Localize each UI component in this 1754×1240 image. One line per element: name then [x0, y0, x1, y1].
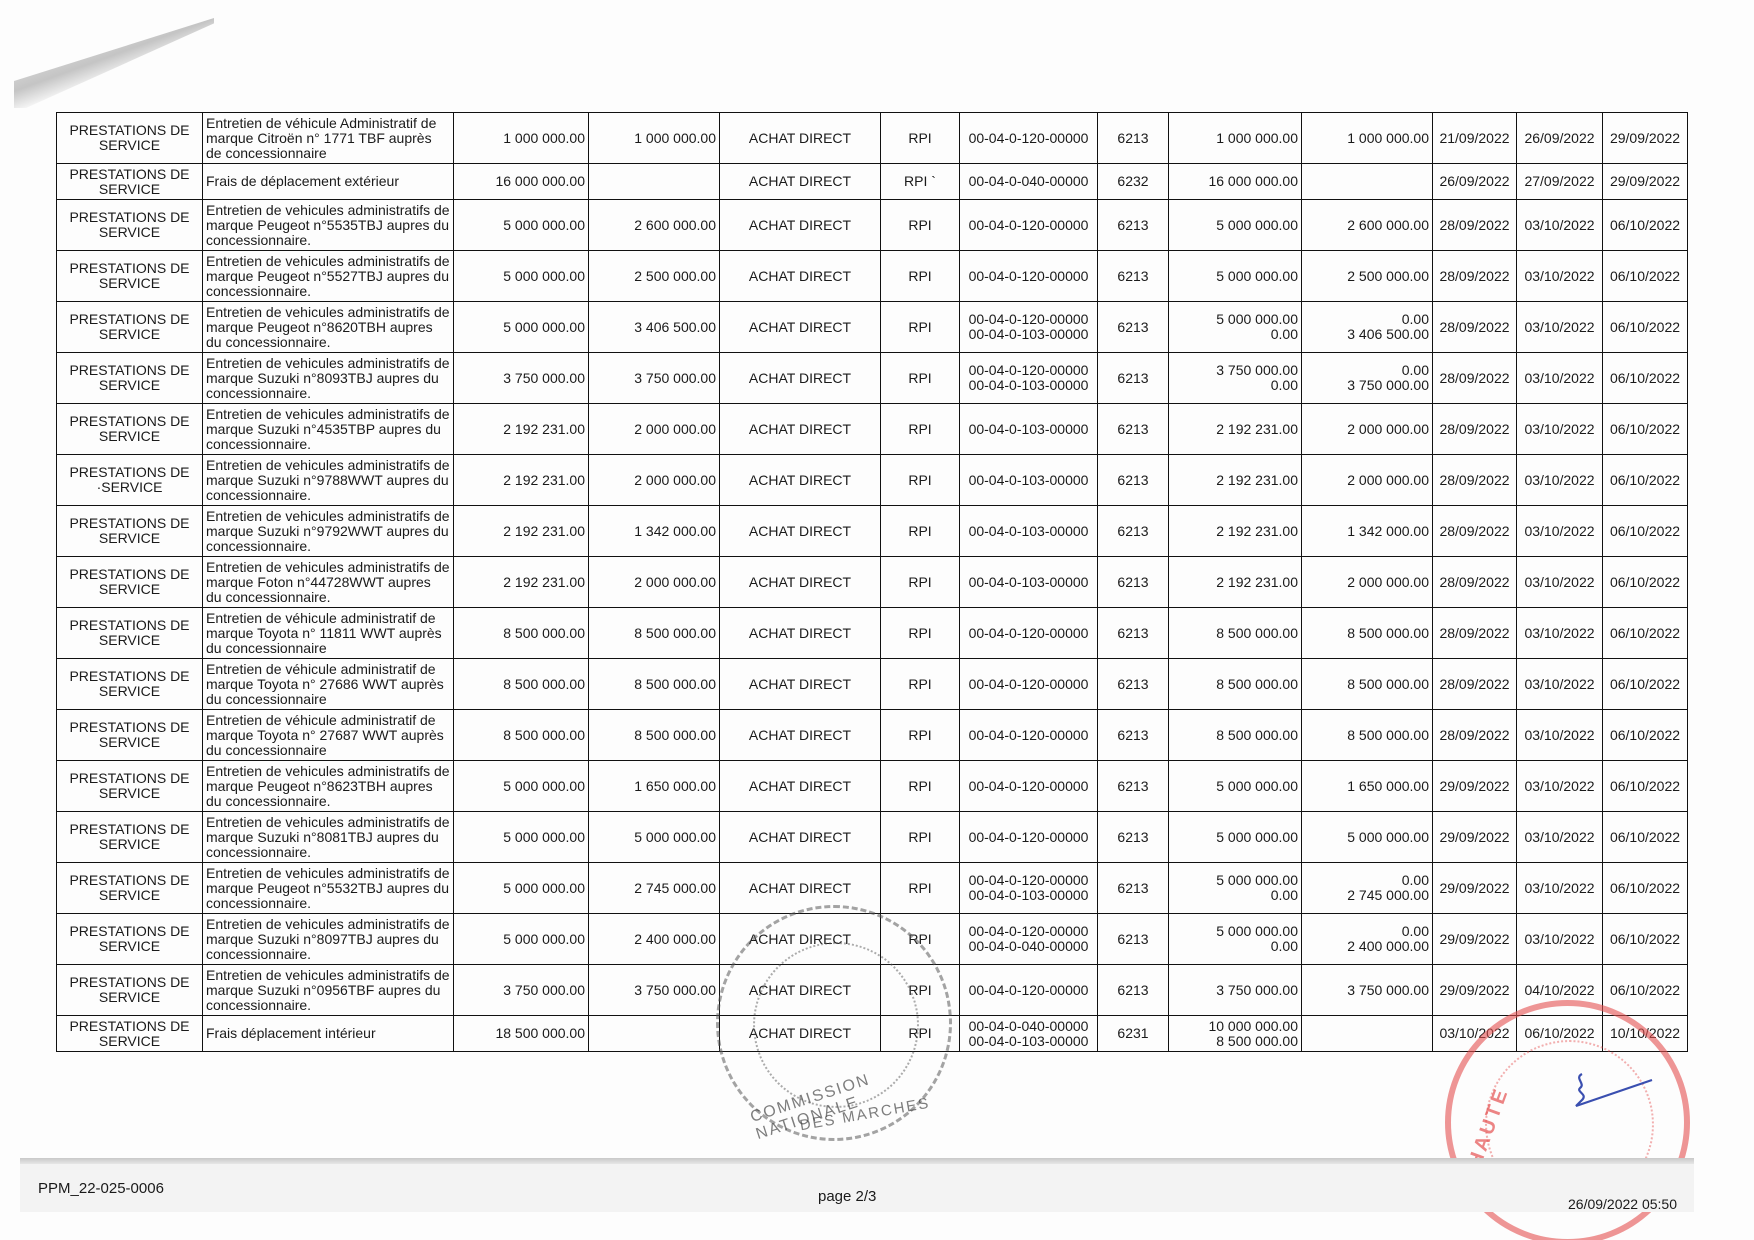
account-code-cell: 6213 — [1098, 302, 1169, 353]
date-signature-cell: 06/10/2022 — [1603, 506, 1688, 557]
allocated-amount-cell: 5 000 000.00 — [1169, 812, 1302, 863]
contract-amount-cell: 1 342 000.00 — [589, 506, 720, 557]
category-cell: PRESTATIONS DE SERVICE — [57, 863, 203, 914]
estimated-amount-cell: 5 000 000.00 — [454, 200, 589, 251]
financing-source-cell: RPI — [881, 761, 960, 812]
category-cell: PRESTATIONS DE SERVICE — [57, 164, 203, 200]
date-launch-cell: 29/09/2022 — [1433, 863, 1517, 914]
procurement-mode-cell: ACHAT DIRECT — [720, 761, 881, 812]
date-launch-cell: 29/09/2022 — [1433, 965, 1517, 1016]
committed-amount-cell: 0.00 2 745 000.00 — [1302, 863, 1433, 914]
date-award-cell: 03/10/2022 — [1517, 761, 1603, 812]
description-cell: Entretien de vehicules administratifs de… — [203, 914, 454, 965]
financing-source-cell: RPI — [881, 863, 960, 914]
date-launch-cell: 28/09/2022 — [1433, 302, 1517, 353]
budget-imputation-cell: 00-04-0-040-00000 00-04-0-103-00000 — [960, 1016, 1098, 1052]
account-code-cell: 6213 — [1098, 863, 1169, 914]
date-launch-cell: 28/09/2022 — [1433, 557, 1517, 608]
committed-amount-cell — [1302, 1016, 1433, 1052]
allocated-amount-cell: 2 192 231.00 — [1169, 557, 1302, 608]
committed-amount-cell: 0.00 3 750 000.00 — [1302, 353, 1433, 404]
budget-imputation-cell: 00-04-0-120-00000 — [960, 965, 1098, 1016]
estimated-amount-cell: 18 500 000.00 — [454, 1016, 589, 1052]
date-signature-cell: 06/10/2022 — [1603, 965, 1688, 1016]
estimated-amount-cell: 5 000 000.00 — [454, 812, 589, 863]
account-code-cell: 6213 — [1098, 965, 1169, 1016]
page-number: page 2/3 — [818, 1188, 876, 1205]
date-launch-cell: 28/09/2022 — [1433, 404, 1517, 455]
account-code-cell: 6213 — [1098, 761, 1169, 812]
date-award-cell: 03/10/2022 — [1517, 251, 1603, 302]
financing-source-cell: RPI — [881, 659, 960, 710]
table-row: PRESTATIONS DE SERVICEEntretien de vehic… — [57, 200, 1688, 251]
date-signature-cell: 06/10/2022 — [1603, 353, 1688, 404]
description-cell: Entretien de vehicules administratifs de… — [203, 965, 454, 1016]
category-cell: PRESTATIONS DE SERVICE — [57, 761, 203, 812]
budget-imputation-cell: 00-04-0-120-00000 00-04-0-103-00000 — [960, 302, 1098, 353]
budget-imputation-cell: 00-04-0-103-00000 — [960, 455, 1098, 506]
budget-imputation-cell: 00-04-0-120-00000 — [960, 761, 1098, 812]
date-launch-cell: 29/09/2022 — [1433, 812, 1517, 863]
account-code-cell: 6213 — [1098, 506, 1169, 557]
description-cell: Entretien de vehicules administratifs de… — [203, 863, 454, 914]
contract-amount-cell: 2 745 000.00 — [589, 863, 720, 914]
date-award-cell: 03/10/2022 — [1517, 353, 1603, 404]
contract-amount-cell: 1 650 000.00 — [589, 761, 720, 812]
procurement-mode-cell: ACHAT DIRECT — [720, 863, 881, 914]
category-cell: PRESTATIONS DE SERVICE — [57, 608, 203, 659]
date-launch-cell: 29/09/2022 — [1433, 914, 1517, 965]
document-reference: PPM_22-025-0006 — [38, 1180, 164, 1197]
date-launch-cell: 28/09/2022 — [1433, 455, 1517, 506]
financing-source-cell: RPI — [881, 200, 960, 251]
table-row: PRESTATIONS DE SERVICEEntretien de véhic… — [57, 608, 1688, 659]
allocated-amount-cell: 2 192 231.00 — [1169, 404, 1302, 455]
estimated-amount-cell: 2 192 231.00 — [454, 557, 589, 608]
date-award-cell: 03/10/2022 — [1517, 557, 1603, 608]
date-award-cell: 27/09/2022 — [1517, 164, 1603, 200]
account-code-cell: 6213 — [1098, 251, 1169, 302]
date-signature-cell: 06/10/2022 — [1603, 404, 1688, 455]
description-cell: Entretien de vehicules administratifs de… — [203, 251, 454, 302]
allocated-amount-cell: 5 000 000.00 — [1169, 200, 1302, 251]
procurement-mode-cell: ACHAT DIRECT — [720, 812, 881, 863]
account-code-cell: 6213 — [1098, 404, 1169, 455]
budget-imputation-cell: 00-04-0-120-00000 00-04-0-103-00000 — [960, 863, 1098, 914]
date-launch-cell: 26/09/2022 — [1433, 164, 1517, 200]
allocated-amount-cell: 1 000 000.00 — [1169, 113, 1302, 164]
date-launch-cell: 28/09/2022 — [1433, 659, 1517, 710]
procurement-mode-cell: ACHAT DIRECT — [720, 302, 881, 353]
contract-amount-cell: 2 500 000.00 — [589, 251, 720, 302]
budget-imputation-cell: 00-04-0-103-00000 — [960, 404, 1098, 455]
financing-source-cell: RPI — [881, 113, 960, 164]
account-code-cell: 6231 — [1098, 1016, 1169, 1052]
category-cell: PRESTATIONS DE SERVICE — [57, 113, 203, 164]
date-launch-cell: 28/09/2022 — [1433, 710, 1517, 761]
table-row: PRESTATIONS DE SERVICEEntretien de vehic… — [57, 353, 1688, 404]
budget-imputation-cell: 00-04-0-040-00000 — [960, 164, 1098, 200]
financing-source-cell: RPI ` — [881, 164, 960, 200]
contract-amount-cell — [589, 1016, 720, 1052]
committed-amount-cell: 0.00 2 400 000.00 — [1302, 914, 1433, 965]
procurement-mode-cell: ACHAT DIRECT — [720, 455, 881, 506]
date-award-cell: 03/10/2022 — [1517, 302, 1603, 353]
description-cell: Frais déplacement intérieur — [203, 1016, 454, 1052]
procurement-mode-cell: ACHAT DIRECT — [720, 710, 881, 761]
date-award-cell: 03/10/2022 — [1517, 914, 1603, 965]
contract-amount-cell: 8 500 000.00 — [589, 608, 720, 659]
description-cell: Entretien de véhicule Administratif de m… — [203, 113, 454, 164]
table-row: PRESTATIONS DE SERVICEEntretien de vehic… — [57, 251, 1688, 302]
contract-amount-cell: 8 500 000.00 — [589, 659, 720, 710]
committed-amount-cell: 8 500 000.00 — [1302, 608, 1433, 659]
account-code-cell: 6213 — [1098, 710, 1169, 761]
category-cell: PRESTATIONS DE SERVICE — [57, 302, 203, 353]
estimated-amount-cell: 3 750 000.00 — [454, 353, 589, 404]
category-cell: PRESTATIONS DE SERVICE — [57, 557, 203, 608]
category-cell: PRESTATIONS DE SERVICE — [57, 200, 203, 251]
table-row: PRESTATIONS DE SERVICEEntretien de véhic… — [57, 659, 1688, 710]
financing-source-cell: RPI — [881, 404, 960, 455]
description-cell: Entretien de vehicules administratifs de… — [203, 812, 454, 863]
budget-imputation-cell: 00-04-0-120-00000 — [960, 608, 1098, 659]
estimated-amount-cell: 2 192 231.00 — [454, 506, 589, 557]
budget-imputation-cell: 00-04-0-120-00000 — [960, 659, 1098, 710]
date-signature-cell: 29/09/2022 — [1603, 113, 1688, 164]
procurement-mode-cell: ACHAT DIRECT — [720, 164, 881, 200]
procurement-mode-cell: ACHAT DIRECT — [720, 506, 881, 557]
contract-amount-cell — [589, 164, 720, 200]
description-cell: Entretien de vehicules administratifs de… — [203, 506, 454, 557]
financing-source-cell: RPI — [881, 251, 960, 302]
table-row: PRESTATIONS DE SERVICEEntretien de vehic… — [57, 812, 1688, 863]
date-award-cell: 03/10/2022 — [1517, 404, 1603, 455]
date-launch-cell: 28/09/2022 — [1433, 353, 1517, 404]
date-signature-cell: 06/10/2022 — [1603, 251, 1688, 302]
procurement-mode-cell: ACHAT DIRECT — [720, 353, 881, 404]
category-cell: PRESTATIONS DE SERVICE — [57, 965, 203, 1016]
account-code-cell: 6213 — [1098, 812, 1169, 863]
description-cell: Entretien de vehicules administratifs de… — [203, 761, 454, 812]
date-signature-cell: 06/10/2022 — [1603, 710, 1688, 761]
estimated-amount-cell: 5 000 000.00 — [454, 761, 589, 812]
table-row: PRESTATIONS DE SERVICEEntretien de vehic… — [57, 557, 1688, 608]
date-launch-cell: 28/09/2022 — [1433, 251, 1517, 302]
budget-imputation-cell: 00-04-0-103-00000 — [960, 557, 1098, 608]
committed-amount-cell: 8 500 000.00 — [1302, 659, 1433, 710]
contract-amount-cell: 2 000 000.00 — [589, 557, 720, 608]
date-signature-cell: 06/10/2022 — [1603, 557, 1688, 608]
date-award-cell: 26/09/2022 — [1517, 113, 1603, 164]
contract-amount-cell: 2 400 000.00 — [589, 914, 720, 965]
date-signature-cell: 06/10/2022 — [1603, 302, 1688, 353]
category-cell: PRESTATIONS DE SERVICE — [57, 353, 203, 404]
date-launch-cell: 28/09/2022 — [1433, 506, 1517, 557]
account-code-cell: 6213 — [1098, 659, 1169, 710]
description-cell: Entretien de vehicules administratifs de… — [203, 455, 454, 506]
allocated-amount-cell: 5 000 000.00 — [1169, 761, 1302, 812]
budget-imputation-cell: 00-04-0-103-00000 — [960, 506, 1098, 557]
procurement-mode-cell: ACHAT DIRECT — [720, 557, 881, 608]
estimated-amount-cell: 3 750 000.00 — [454, 965, 589, 1016]
estimated-amount-cell: 16 000 000.00 — [454, 164, 589, 200]
contract-amount-cell: 1 000 000.00 — [589, 113, 720, 164]
estimated-amount-cell: 1 000 000.00 — [454, 113, 589, 164]
contract-amount-cell: 2 000 000.00 — [589, 455, 720, 506]
description-cell: Entretien de véhicule administratif de m… — [203, 608, 454, 659]
account-code-cell: 6213 — [1098, 113, 1169, 164]
account-code-cell: 6213 — [1098, 353, 1169, 404]
contract-amount-cell: 3 406 500.00 — [589, 302, 720, 353]
contract-amount-cell: 8 500 000.00 — [589, 710, 720, 761]
financing-source-cell: RPI — [881, 608, 960, 659]
table-row: PRESTATIONS DE SERVICEFrais de déplaceme… — [57, 164, 1688, 200]
estimated-amount-cell: 8 500 000.00 — [454, 659, 589, 710]
account-code-cell: 6213 — [1098, 557, 1169, 608]
print-timestamp: 26/09/2022 05:50 — [1568, 1196, 1677, 1212]
description-cell: Entretien de vehicules administratifs de… — [203, 353, 454, 404]
contract-amount-cell: 5 000 000.00 — [589, 812, 720, 863]
date-signature-cell: 06/10/2022 — [1603, 761, 1688, 812]
budget-imputation-cell: 00-04-0-120-00000 — [960, 710, 1098, 761]
allocated-amount-cell: 8 500 000.00 — [1169, 659, 1302, 710]
estimated-amount-cell: 5 000 000.00 — [454, 914, 589, 965]
allocated-amount-cell: 10 000 000.00 8 500 000.00 — [1169, 1016, 1302, 1052]
description-cell: Entretien de vehicules administratifs de… — [203, 200, 454, 251]
table-row: PRESTATIONS DE SERVICEEntretien de vehic… — [57, 506, 1688, 557]
category-cell: PRESTATIONS DE SERVICE — [57, 659, 203, 710]
contract-amount-cell: 3 750 000.00 — [589, 965, 720, 1016]
table-row: PRESTATIONS DE SERVICEEntretien de vehic… — [57, 302, 1688, 353]
description-cell: Frais de déplacement extérieur — [203, 164, 454, 200]
estimated-amount-cell: 5 000 000.00 — [454, 251, 589, 302]
committed-amount-cell: 2 000 000.00 — [1302, 455, 1433, 506]
scan-corner-fold — [14, 18, 214, 108]
contract-amount-cell: 3 750 000.00 — [589, 353, 720, 404]
table-row: PRESTATIONS DE SERVICEEntretien de vehic… — [57, 404, 1688, 455]
date-signature-cell: 06/10/2022 — [1603, 812, 1688, 863]
committed-amount-cell: 1 000 000.00 — [1302, 113, 1433, 164]
committed-amount-cell: 8 500 000.00 — [1302, 710, 1433, 761]
allocated-amount-cell: 2 192 231.00 — [1169, 506, 1302, 557]
date-signature-cell: 06/10/2022 — [1603, 455, 1688, 506]
allocated-amount-cell: 5 000 000.00 0.00 — [1169, 914, 1302, 965]
committed-amount-cell: 2 600 000.00 — [1302, 200, 1433, 251]
date-signature-cell: 06/10/2022 — [1603, 200, 1688, 251]
account-code-cell: 6232 — [1098, 164, 1169, 200]
date-launch-cell: 29/09/2022 — [1433, 761, 1517, 812]
allocated-amount-cell: 8 500 000.00 — [1169, 710, 1302, 761]
date-award-cell: 03/10/2022 — [1517, 863, 1603, 914]
category-cell: PRESTATIONS DE SERVICE — [57, 251, 203, 302]
table-row: PRESTATIONS DE SERVICEEntretien de vehic… — [57, 863, 1688, 914]
committed-amount-cell: 2 000 000.00 — [1302, 557, 1433, 608]
financing-source-cell: RPI — [881, 812, 960, 863]
allocated-amount-cell: 8 500 000.00 — [1169, 608, 1302, 659]
date-award-cell: 03/10/2022 — [1517, 200, 1603, 251]
category-cell: PRESTATIONS DE SERVICE — [57, 710, 203, 761]
committed-amount-cell: 0.00 3 406 500.00 — [1302, 302, 1433, 353]
allocated-amount-cell: 5 000 000.00 0.00 — [1169, 863, 1302, 914]
account-code-cell: 6213 — [1098, 608, 1169, 659]
estimated-amount-cell: 8 500 000.00 — [454, 710, 589, 761]
allocated-amount-cell: 5 000 000.00 — [1169, 251, 1302, 302]
procurement-mode-cell: ACHAT DIRECT — [720, 608, 881, 659]
category-cell: PRESTATIONS DE SERVICE — [57, 914, 203, 965]
budget-imputation-cell: 00-04-0-120-00000 — [960, 113, 1098, 164]
procurement-mode-cell: ACHAT DIRECT — [720, 251, 881, 302]
date-award-cell: 03/10/2022 — [1517, 659, 1603, 710]
signature-icon — [1570, 1070, 1660, 1120]
category-cell: PRESTATIONS DE SERVICE — [57, 506, 203, 557]
committed-amount-cell: 5 000 000.00 — [1302, 812, 1433, 863]
table-row: PRESTATIONS DE SERVICEEntretien de vehic… — [57, 761, 1688, 812]
estimated-amount-cell: 8 500 000.00 — [454, 608, 589, 659]
description-cell: Entretien de vehicules administratifs de… — [203, 404, 454, 455]
date-signature-cell: 06/10/2022 — [1603, 863, 1688, 914]
date-signature-cell: 06/10/2022 — [1603, 608, 1688, 659]
estimated-amount-cell: 5 000 000.00 — [454, 302, 589, 353]
budget-imputation-cell: 00-04-0-120-00000 — [960, 812, 1098, 863]
procurement-mode-cell: ACHAT DIRECT — [720, 404, 881, 455]
date-award-cell: 03/10/2022 — [1517, 812, 1603, 863]
date-signature-cell: 06/10/2022 — [1603, 914, 1688, 965]
allocated-amount-cell: 3 750 000.00 0.00 — [1169, 353, 1302, 404]
financing-source-cell: RPI — [881, 506, 960, 557]
date-signature-cell: 29/09/2022 — [1603, 164, 1688, 200]
budget-imputation-cell: 00-04-0-120-00000 00-04-0-040-00000 — [960, 914, 1098, 965]
date-launch-cell: 28/09/2022 — [1433, 200, 1517, 251]
procurement-mode-cell: ACHAT DIRECT — [720, 113, 881, 164]
category-cell: PRESTATIONS DE SERVICE — [57, 812, 203, 863]
category-cell: PRESTATIONS DE SERVICE — [57, 404, 203, 455]
allocated-amount-cell: 16 000 000.00 — [1169, 164, 1302, 200]
estimated-amount-cell: 2 192 231.00 — [454, 455, 589, 506]
estimated-amount-cell: 5 000 000.00 — [454, 863, 589, 914]
commission-stamp: COMMISSION NATIONALE DES MARCHES — [716, 905, 952, 1141]
procurement-mode-cell: ACHAT DIRECT — [720, 200, 881, 251]
committed-amount-cell: 1 650 000.00 — [1302, 761, 1433, 812]
date-signature-cell: 06/10/2022 — [1603, 659, 1688, 710]
financing-source-cell: RPI — [881, 557, 960, 608]
financing-source-cell: RPI — [881, 455, 960, 506]
account-code-cell: 6213 — [1098, 455, 1169, 506]
table-row: PRESTATIONS DE SERVICEEntretien de véhic… — [57, 113, 1688, 164]
estimated-amount-cell: 2 192 231.00 — [454, 404, 589, 455]
committed-amount-cell: 1 342 000.00 — [1302, 506, 1433, 557]
date-launch-cell: 28/09/2022 — [1433, 608, 1517, 659]
description-cell: Entretien de véhicule administratif de m… — [203, 710, 454, 761]
financing-source-cell: RPI — [881, 710, 960, 761]
contract-amount-cell: 2 600 000.00 — [589, 200, 720, 251]
account-code-cell: 6213 — [1098, 200, 1169, 251]
date-award-cell: 03/10/2022 — [1517, 608, 1603, 659]
allocated-amount-cell: 2 192 231.00 — [1169, 455, 1302, 506]
date-launch-cell: 21/09/2022 — [1433, 113, 1517, 164]
budget-imputation-cell: 00-04-0-120-00000 — [960, 251, 1098, 302]
table-row: PRESTATIONS DE SERVICEEntretien de véhic… — [57, 710, 1688, 761]
committed-amount-cell — [1302, 164, 1433, 200]
date-award-cell: 03/10/2022 — [1517, 710, 1603, 761]
category-cell: PRESTATIONS DE ·SERVICE — [57, 455, 203, 506]
budget-imputation-cell: 00-04-0-120-00000 — [960, 200, 1098, 251]
account-code-cell: 6213 — [1098, 914, 1169, 965]
category-cell: PRESTATIONS DE SERVICE — [57, 1016, 203, 1052]
allocated-amount-cell: 3 750 000.00 — [1169, 965, 1302, 1016]
committed-amount-cell: 2 500 000.00 — [1302, 251, 1433, 302]
description-cell: Entretien de vehicules administratifs de… — [203, 557, 454, 608]
date-award-cell: 03/10/2022 — [1517, 455, 1603, 506]
budget-imputation-cell: 00-04-0-120-00000 00-04-0-103-00000 — [960, 353, 1098, 404]
contract-amount-cell: 2 000 000.00 — [589, 404, 720, 455]
procurement-mode-cell: ACHAT DIRECT — [720, 659, 881, 710]
financing-source-cell: RPI — [881, 353, 960, 404]
date-award-cell: 03/10/2022 — [1517, 506, 1603, 557]
description-cell: Entretien de vehicules administratifs de… — [203, 302, 454, 353]
allocated-amount-cell: 5 000 000.00 0.00 — [1169, 302, 1302, 353]
committed-amount-cell: 2 000 000.00 — [1302, 404, 1433, 455]
committed-amount-cell: 3 750 000.00 — [1302, 965, 1433, 1016]
financing-source-cell: RPI — [881, 302, 960, 353]
description-cell: Entretien de véhicule administratif de m… — [203, 659, 454, 710]
table-row: PRESTATIONS DE ·SERVICEEntretien de vehi… — [57, 455, 1688, 506]
